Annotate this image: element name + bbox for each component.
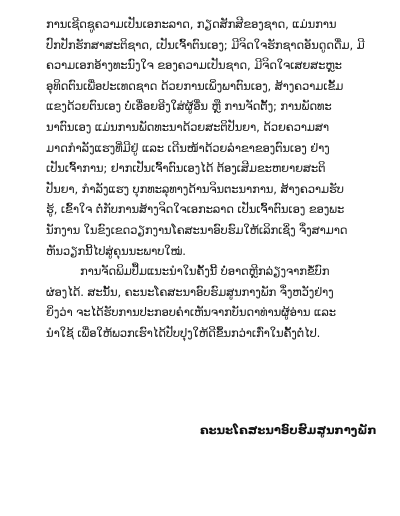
text-line: ຫັນວຽກນີ້ໄປສູ່ຄຸນນະພາບໃໝ່. [46,241,360,262]
paragraph-2: ການຈັດພິມປຶ້ມແນະນຳໃນຄັ້ງນີ້ ບໍ່ອາດຫຼີກລ່… [46,261,360,343]
text-line: ປັນຍາ, ກຳລັງແຮງ ບຸກທະລຸທາງດ້ານຈິນຕະນາການ… [46,179,360,200]
text-line: ແຂງດ້ວຍຕົນເອງ ບໍ່ເອື່ອຍອີງໃສ່ຜູ້ອື່ນ ຫຼື… [46,96,360,117]
text-line: ຮູ້, ເຂົ້າໃຈ ຕໍ່ກັບການສ້າງຈິດໃຈເອກະລາດ ເ… [46,199,360,220]
document-page: ການເຊີດຊູຄວາມເປັນເອກະລາດ, ກຽດສັກສີຂອງຊາດ… [0,0,400,516]
text-line: ຜ່ອງໄດ້. ສະນັ້ນ, ຄະນະໂຄສະນາອົບຮົມສູນກາງພ… [46,282,360,303]
text-line: ຄວາມເອກອ້າງທະນົງໃຈ ຂອງຄວາມເປັນຊາດ, ມີຈິດ… [46,55,360,76]
text-line: ນັກງານ ໃນຂົງເຂດວຽກງານໂຄສະນາອົບຮົມໃຫ້ເລິກ… [46,220,360,241]
text-line: ເປັນເຈົ້າການ; ຢາກເປັນເຈົ້າຕົນເອງໄດ້ ຕ້ອງ… [46,158,360,179]
text-line: ອຸທິດຕົນເພື່ອປະເທດຊາດ ດ້ວຍການເພິ່ງພາຕົນເ… [46,76,360,97]
paragraph-1: ການເຊີດຊູຄວາມເປັນເອກະລາດ, ກຽດສັກສີຂອງຊາດ… [46,14,360,261]
text-line: ນາຕົນເອງ ແມ່ນການພັດທະນາດ້ວຍສະຕິປັນຍາ, ດ້… [46,117,360,138]
text-line: ນຳໃຊ້ ເພື່ອໃຫ້ພວກເຮົາໄດ້ປັບປຸງໃຫ້ດີຂຶ້ນກ… [46,323,360,344]
text-line: ມາດກຳລັງແຮງທີ່ມີຢູ່ ແລະ ເດີນໜ້າດ້ວຍລຳຂາຂ… [46,138,360,159]
signature: ຄະນະໂຄສະນາອົບຮົມສູນກາງພັກ [200,420,360,440]
text-line: ການຈັດພິມປຶ້ມແນະນຳໃນຄັ້ງນີ້ ບໍ່ອາດຫຼີກລ່… [46,261,360,282]
text-line: ປົກປັກຮັກສາສະຕິຊາດ, ເປັນເຈົ້າຕົນເອງ; ມີຈ… [46,35,360,56]
text-line: ຍິ່ງວ່າ ຈະໄດ້ຮັບການປະກອບຄຳເຫັນຈາກບັນດາທ່… [46,302,360,323]
text-line: ການເຊີດຊູຄວາມເປັນເອກະລາດ, ກຽດສັກສີຂອງຊາດ… [46,14,360,35]
body-text: ການເຊີດຊູຄວາມເປັນເອກະລາດ, ກຽດສັກສີຂອງຊາດ… [46,14,360,344]
